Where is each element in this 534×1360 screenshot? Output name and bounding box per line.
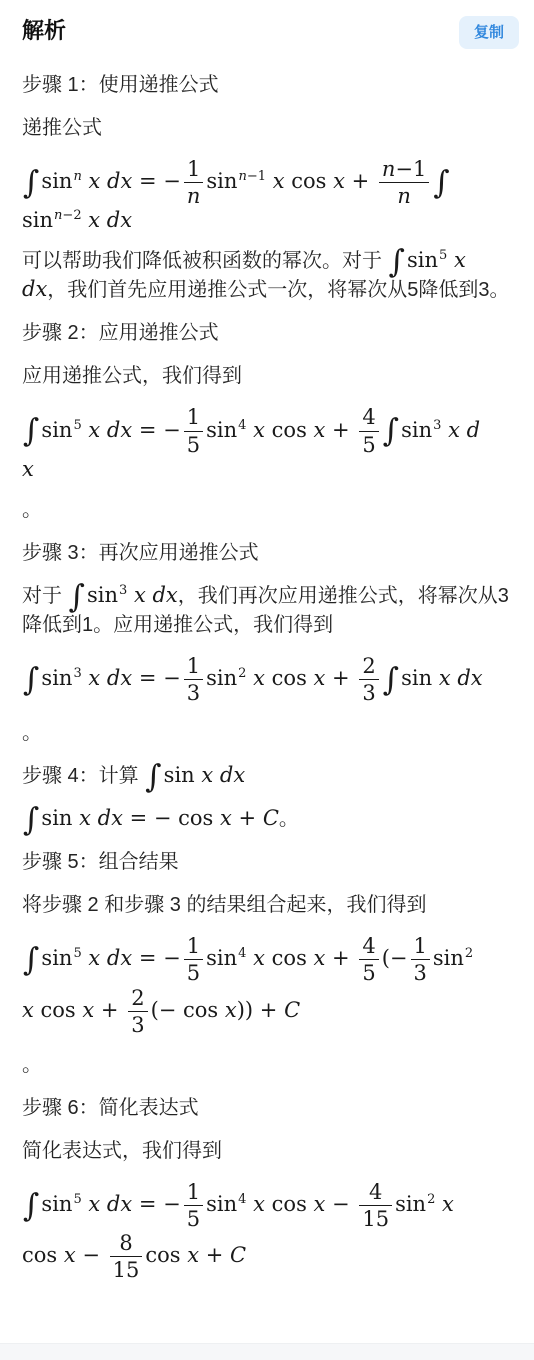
math-roman: cos: [285, 169, 334, 193]
math-variable: C: [263, 806, 279, 830]
math-roman: cos: [265, 666, 314, 690]
math-variable: x: [246, 946, 265, 970]
integral-sign: ∫: [68, 579, 87, 615]
math-roman: cos: [145, 1243, 187, 1267]
math-roman: 2: [131, 986, 144, 1010]
math-roman: 4: [369, 1180, 382, 1204]
text-run: 步骤 1：使用递推公式: [22, 74, 219, 96]
math-roman: = −: [132, 169, 181, 193]
math-variable: n: [73, 169, 81, 184]
text-run: 步骤 6：简化表达式: [22, 1097, 199, 1119]
paragraph: 应用递推公式，我们得到: [22, 362, 512, 391]
math-roman: 1: [187, 405, 200, 429]
math-variable: x: [82, 998, 94, 1022]
text-run: 步骤 5：组合结果: [22, 851, 179, 873]
math-roman: 1: [187, 654, 200, 678]
formula-block: ∫sin3 x dx = −13sin2 x cos x + 23∫sin x …: [22, 654, 512, 705]
math-roman: 15: [362, 1207, 389, 1231]
superscript: 5: [73, 1193, 81, 1206]
math-roman: 1: [187, 934, 200, 958]
text-run: 。: [22, 722, 42, 744]
math-variable: x: [246, 418, 265, 442]
math-variable: C: [230, 1243, 246, 1267]
fraction: n−1n: [379, 157, 430, 208]
math-variable: x: [225, 998, 237, 1022]
math-roman: 2: [362, 654, 375, 678]
math-roman: sin: [433, 946, 464, 970]
math-roman: 3: [362, 681, 375, 705]
math-roman: +: [345, 169, 376, 193]
fraction: 415: [359, 1180, 392, 1231]
paragraph: 。: [22, 1051, 512, 1080]
math-variable: x: [220, 806, 232, 830]
integral-sign: ∫: [382, 413, 401, 449]
paragraph: 步骤 1：使用递推公式: [22, 71, 512, 100]
text-run: 将步骤 2 和步骤 3 的结果组合起来，我们得到: [22, 894, 426, 916]
text-run: 。: [279, 808, 299, 830]
math-roman: 5: [362, 961, 375, 985]
math-variable: x: [314, 946, 326, 970]
superscript: 5: [73, 419, 81, 432]
math-roman: 5: [73, 418, 81, 433]
paragraph: 步骤 4：计算 ∫sin x dx: [22, 762, 512, 791]
math-variable: x: [333, 169, 345, 193]
math-roman: )) +: [237, 998, 284, 1022]
math-run: cos x − 815cos x + C: [22, 1243, 246, 1267]
math-run: sinn−2 x dx: [22, 208, 132, 232]
math-roman: 3: [131, 1013, 144, 1037]
math-roman: sin: [41, 418, 72, 442]
math-roman: +: [325, 666, 356, 690]
text-run: 简化表达式，我们得到: [22, 1140, 222, 1162]
integral-sign: ∫: [432, 165, 451, 201]
copy-button[interactable]: 复制: [459, 16, 519, 49]
integral-sign: ∫: [382, 662, 401, 698]
math-roman: cos: [22, 1243, 64, 1267]
math-roman: sin: [41, 1192, 72, 1216]
next-section-divider: [0, 1343, 534, 1360]
math-roman: 3: [73, 666, 81, 681]
math-roman: sin: [206, 418, 237, 442]
text-run: 步骤 3：再次应用递推公式: [22, 542, 259, 564]
math-variable: n: [187, 184, 201, 208]
math-roman: +: [325, 946, 356, 970]
paragraph: 。: [22, 496, 512, 525]
math-variable: n: [382, 157, 396, 181]
math-variable: C: [284, 998, 300, 1022]
integral-sign: ∫: [22, 662, 41, 698]
math-roman: sin: [87, 583, 118, 607]
math-variable: x dx: [82, 208, 132, 232]
paragraph: 步骤 5：组合结果: [22, 848, 512, 877]
formula-block: ∫sin5 x dx = −15sin4 x cos x − 415sin2 x…: [22, 1180, 512, 1283]
integral-sign: ∫: [22, 942, 41, 978]
math-roman: 5: [187, 961, 200, 985]
math-roman: (−: [382, 946, 408, 970]
math-variable: x: [314, 418, 326, 442]
math-roman: = − cos: [123, 806, 220, 830]
paragraph: 递推公式: [22, 114, 512, 143]
math-roman: sin: [164, 763, 202, 787]
math-roman: −1: [247, 169, 266, 184]
math-run: ∫sin x dx = − cos x + C: [22, 806, 279, 830]
math-roman: sin: [206, 1192, 237, 1216]
math-run: x: [22, 457, 34, 481]
math-variable: x: [314, 666, 326, 690]
math-roman: 4: [362, 934, 375, 958]
text-run: 步骤 2：应用递推公式: [22, 322, 219, 344]
math-roman: cos: [265, 946, 314, 970]
math-variable: x dx: [82, 1192, 132, 1216]
fraction: 1n: [184, 157, 204, 208]
math-roman: 5: [187, 1207, 200, 1231]
formula-block: ∫sin5 x dx = −15sin4 x cos x + 45(−13sin…: [22, 934, 512, 1037]
math-run: ∫sin5 x dx = −15sin4 x cos x + 45(−13sin…: [22, 946, 473, 970]
paragraph: 步骤 2：应用递推公式: [22, 319, 512, 348]
math-roman: +: [199, 1243, 230, 1267]
math-roman: 5: [73, 1192, 81, 1207]
superscript: n−2: [54, 209, 82, 222]
math-run: ∫sin5 x dx = −15sin4 x cos x − 415sin2 x: [22, 1192, 454, 1216]
math-roman: 5: [187, 433, 200, 457]
math-roman: = −: [132, 946, 181, 970]
paragraph: 。: [22, 719, 512, 748]
paragraph: 步骤 6：简化表达式: [22, 1094, 512, 1123]
integral-sign: ∫: [22, 802, 41, 838]
math-variable: x: [435, 1192, 454, 1216]
math-variable: x dx: [82, 169, 132, 193]
math-variable: x: [314, 1192, 326, 1216]
fraction: 13: [411, 934, 430, 985]
math-roman: 8: [119, 1231, 132, 1255]
math-variable: x dx: [82, 946, 132, 970]
text-run: ，我们首先应用递推公式一次，将幂次从5降低到3。: [47, 279, 509, 301]
paragraph: 简化表达式，我们得到: [22, 1137, 512, 1166]
math-roman: = −: [132, 1192, 181, 1216]
math-run: ∫sin3 x dx: [68, 583, 178, 607]
math-roman: −1: [395, 157, 426, 181]
text-run: 递推公式: [22, 117, 102, 139]
math-roman: sin: [41, 666, 72, 690]
superscript: n−1: [238, 170, 266, 183]
math-roman: sin: [22, 208, 53, 232]
math-roman: = −: [132, 418, 181, 442]
math-roman: 5: [362, 433, 375, 457]
math-roman: cos: [265, 1192, 314, 1216]
paragraph: 步骤 3：再次应用递推公式: [22, 539, 512, 568]
fraction: 23: [128, 986, 147, 1037]
text-run: 。: [22, 1054, 42, 1076]
math-variable: x dx: [201, 763, 245, 787]
text-run: 。: [22, 499, 42, 521]
math-variable: x: [22, 998, 34, 1022]
math-variable: x: [187, 1243, 199, 1267]
math-roman: 5: [73, 946, 81, 961]
math-variable: x: [266, 169, 285, 193]
math-run: x cos x + 23(− cos x)) + C: [22, 998, 300, 1022]
math-roman: 1: [414, 934, 427, 958]
math-variable: n: [397, 184, 411, 208]
integral-sign: ∫: [22, 1188, 41, 1224]
math-roman: sin: [401, 418, 432, 442]
superscript: n: [73, 170, 81, 183]
superscript: 2: [465, 947, 473, 960]
superscript: 5: [73, 947, 81, 960]
header: 解析 复制: [0, 0, 534, 49]
fraction: 23: [359, 654, 378, 705]
math-roman: sin: [206, 946, 237, 970]
math-variable: x dx: [82, 418, 132, 442]
text-run: 应用递推公式，我们得到: [22, 365, 242, 387]
math-roman: −: [76, 1243, 107, 1267]
formula-block: ∫sin5 x dx = −15sin4 x cos x + 45∫sin3 x…: [22, 405, 512, 481]
math-roman: 1: [187, 1180, 200, 1204]
math-roman: 3: [187, 681, 200, 705]
fraction: 15: [184, 1180, 203, 1231]
text-run: 对于: [22, 585, 68, 607]
formula-block: ∫sinn x dx = −1nsinn−1 x cos x + n−1n∫si…: [22, 157, 512, 233]
math-roman: sin: [41, 806, 79, 830]
math-variable: x d: [441, 418, 480, 442]
math-roman: 2: [465, 946, 473, 961]
math-roman: sin: [41, 169, 72, 193]
math-variable: x dx: [82, 666, 132, 690]
math-variable: x: [64, 1243, 76, 1267]
math-run: ∫sinn x dx = −1nsinn−1 x cos x + n−1n∫: [22, 169, 452, 193]
math-variable: x dx: [439, 666, 483, 690]
math-roman: sin: [401, 666, 439, 690]
math-variable: x: [22, 457, 34, 481]
math-roman: sin: [395, 1192, 426, 1216]
integral-sign: ∫: [388, 244, 407, 280]
math-roman: −: [325, 1192, 356, 1216]
fraction: 45: [359, 405, 378, 456]
paragraph: 对于 ∫sin3 x dx，我们再次应用递推公式，将幂次从3降低到1。应用递推公…: [22, 582, 512, 640]
math-roman: cos: [265, 418, 314, 442]
math-roman: cos: [34, 998, 83, 1022]
math-roman: sin: [206, 169, 237, 193]
math-variable: x: [246, 666, 265, 690]
paragraph: ∫sin x dx = − cos x + C。: [22, 805, 512, 834]
math-variable: x: [246, 1192, 265, 1216]
math-variable: n: [238, 169, 246, 184]
math-roman: 3: [414, 961, 427, 985]
page-title: 解析: [22, 16, 66, 46]
fraction: 45: [359, 934, 378, 985]
solution-content: 步骤 1：使用递推公式递推公式∫sinn x dx = −1nsinn−1 x …: [0, 49, 534, 1282]
math-roman: +: [94, 998, 125, 1022]
math-roman: 15: [113, 1258, 140, 1282]
math-run: ∫sin x dx: [144, 763, 245, 787]
integral-sign: ∫: [22, 413, 41, 449]
math-roman: (− cos: [151, 998, 225, 1022]
math-variable: x dx: [127, 583, 177, 607]
fraction: 13: [184, 654, 203, 705]
math-roman: 4: [362, 405, 375, 429]
math-roman: sin: [41, 946, 72, 970]
fraction: 815: [110, 1231, 143, 1282]
math-roman: −2: [62, 208, 81, 223]
math-run: ∫sin5 x dx = −15sin4 x cos x + 45∫sin3 x…: [22, 418, 480, 442]
math-roman: sin: [206, 666, 237, 690]
fraction: 15: [184, 405, 203, 456]
math-roman: +: [232, 806, 263, 830]
integral-sign: ∫: [144, 759, 163, 795]
superscript: 3: [73, 667, 81, 680]
math-variable: x dx: [79, 806, 123, 830]
math-roman: sin: [407, 248, 438, 272]
paragraph: 可以帮助我们降低被积函数的幂次。对于 ∫sin5 x dx，我们首先应用递推公式…: [22, 247, 512, 305]
text-run: 步骤 4：计算: [22, 765, 144, 787]
math-roman: +: [325, 418, 356, 442]
math-run: ∫sin3 x dx = −13sin2 x cos x + 23∫sin x …: [22, 666, 483, 690]
paragraph: 将步骤 2 和步骤 3 的结果组合起来，我们得到: [22, 891, 512, 920]
fraction: 15: [184, 934, 203, 985]
math-roman: = −: [132, 666, 181, 690]
text-run: 可以帮助我们降低被积函数的幂次。对于: [22, 250, 388, 272]
integral-sign: ∫: [22, 165, 41, 201]
math-roman: 1: [187, 157, 200, 181]
